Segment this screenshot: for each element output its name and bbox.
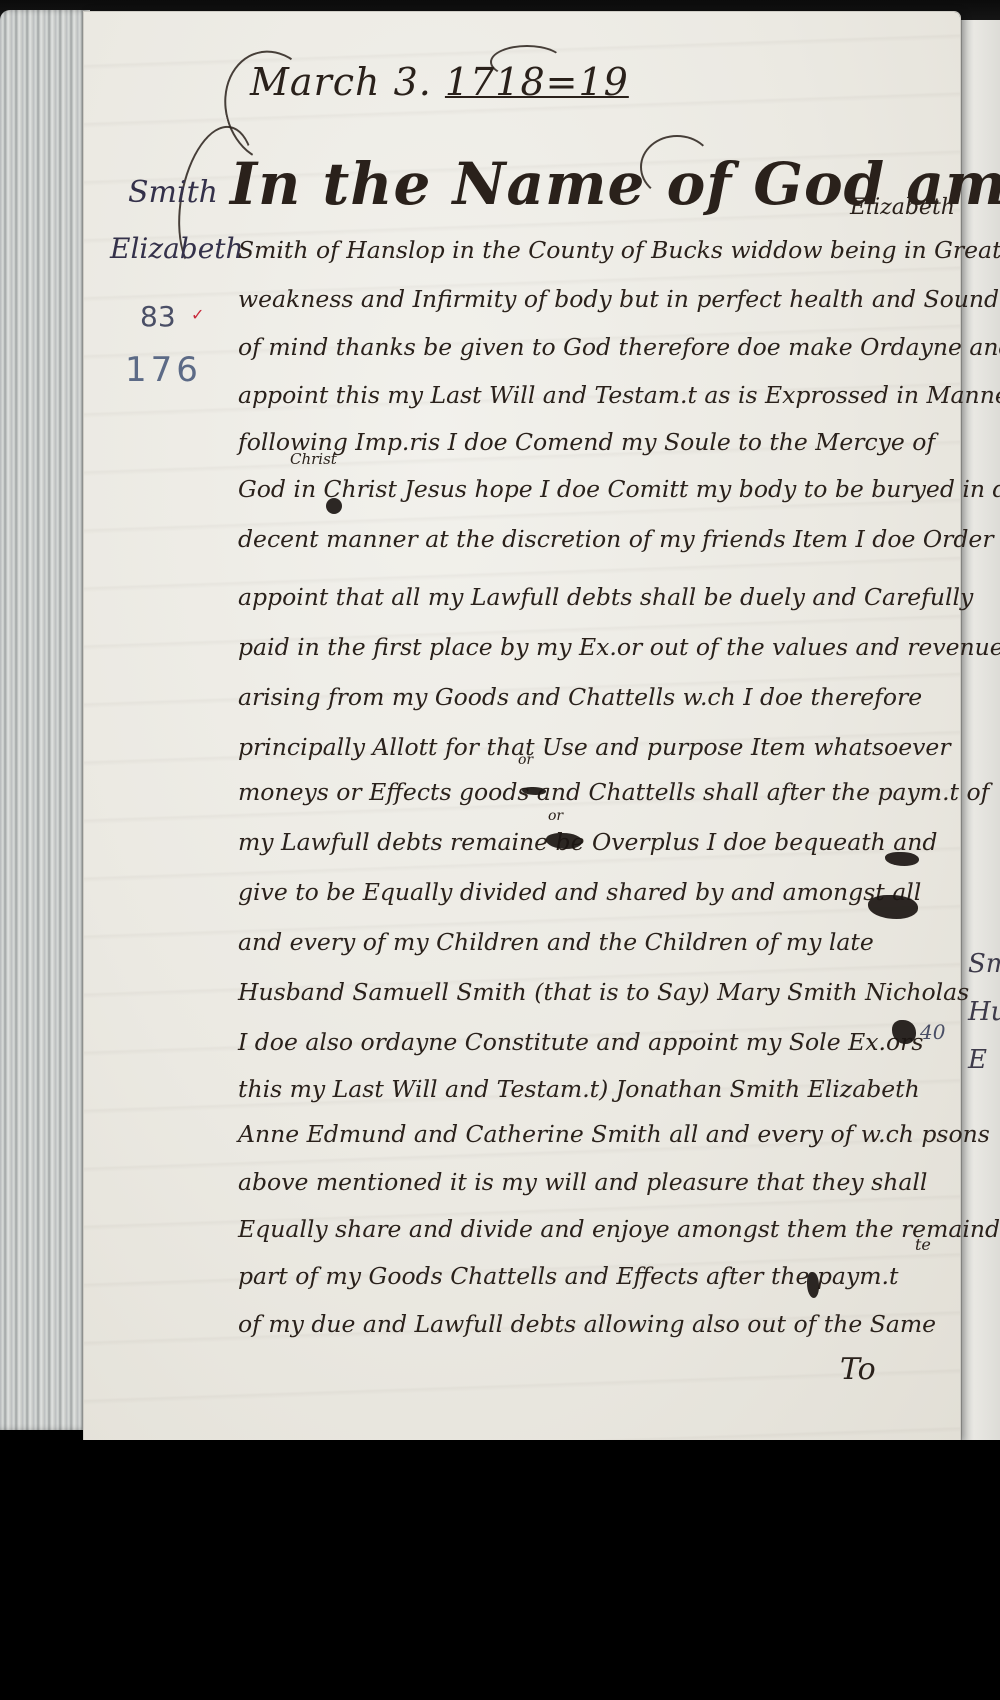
interlineation: or [518, 752, 533, 768]
margin-entry-number: 176 [125, 350, 202, 390]
scanned-book-spread: Sm Hu E March 3. 1718=19 In the Name of … [0, 0, 1000, 1700]
will-line: Smith of Hanslop in the County of Bucks … [238, 236, 958, 264]
ink-blot [326, 498, 342, 514]
interlineation: Christ [290, 450, 337, 468]
interlineation: te [915, 1235, 931, 1254]
will-line: my Lawfull debts remaine be Overplus I d… [238, 828, 958, 856]
will-line: decent manner at the discretion of my fr… [238, 525, 958, 553]
date-month-day: March 3. [250, 60, 432, 104]
margin-correction: 40 [920, 1020, 945, 1044]
will-line: God in Christ Jesus hope I doe Comitt my… [238, 475, 958, 503]
date-header: March 3. 1718=19 [250, 60, 629, 104]
will-line: appoint that all my Lawfull debts shall … [238, 583, 958, 611]
scan-background [0, 1440, 1000, 1700]
book-page-edges [0, 10, 90, 1430]
will-line: this my Last Will and Testam.t) Jonathan… [238, 1075, 958, 1103]
will-line: I doe also ordayne Constitute and appoin… [238, 1028, 958, 1056]
will-line: weakness and Infirmity of body but in pe… [238, 285, 958, 313]
will-line: following Imp.ris I doe Comend my Soule … [238, 428, 958, 456]
ink-blot [892, 1020, 916, 1044]
will-line: give to be Equally divided and shared by… [238, 878, 958, 906]
interlineation: or [548, 808, 563, 824]
margin-forename: Elizabeth [110, 232, 244, 265]
will-line: Husband Samuell Smith (that is to Say) M… [238, 978, 958, 1006]
check-mark-icon: ✓ [191, 305, 204, 324]
margin-surname: Smith [128, 175, 218, 210]
will-line: Equally share and divide and enjoye amon… [238, 1215, 958, 1243]
will-line: paid in the first place by my Ex.or out … [238, 633, 958, 661]
will-line: Anne Edmund and Catherine Smith all and … [238, 1120, 958, 1148]
will-line: of my due and Lawfull debts allowing als… [238, 1310, 958, 1338]
will-line: part of my Goods Chattells and Effects a… [238, 1262, 958, 1290]
facing-fragment: Hu [968, 988, 1000, 1036]
will-line: and every of my Children and the Childre… [238, 928, 958, 956]
facing-fragment: E [968, 1036, 1000, 1084]
will-line: of mind thanks be given to God therefore… [238, 333, 958, 361]
will-line: appoint this my Last Will and Testam.t a… [238, 381, 958, 409]
facing-fragment: Sm [968, 940, 1000, 988]
catchword: To [840, 1352, 876, 1387]
ink-blot [807, 1272, 819, 1298]
facing-page-text: Sm Hu E [968, 940, 1000, 1084]
will-line: moneys or Effects goods and Chattells sh… [238, 778, 958, 806]
ink-blot [522, 787, 546, 795]
heading-tail-name: Elizabeth [850, 195, 955, 220]
will-line: above mentioned it is my will and pleasu… [238, 1168, 958, 1196]
margin-folio-number: 83 [140, 300, 176, 333]
will-line: principally Allott for that Use and purp… [238, 733, 958, 761]
will-line: arising from my Goods and Chattells w.ch… [238, 683, 958, 711]
date-year: 1718=19 [445, 60, 629, 104]
